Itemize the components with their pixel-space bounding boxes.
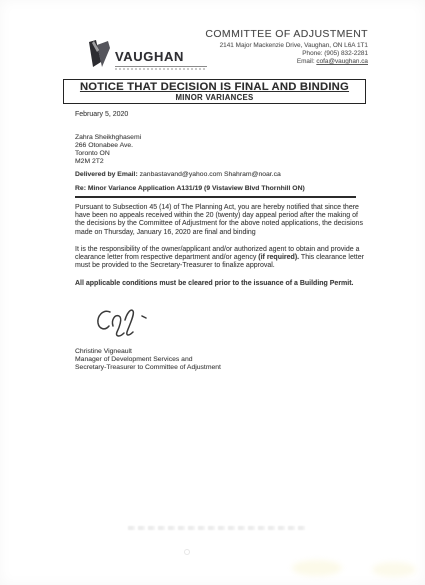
committee-name: COMMITTEE OF ADJUSTMENT [205, 28, 368, 40]
recipient-address-block: Zahra Sheikhghasemi 266 Otonabee Ave. To… [75, 134, 141, 166]
signer-title-2: Secretary-Treasurer to Committee of Adju… [75, 364, 221, 372]
scan-artifact-smudge [292, 560, 342, 576]
notice-subtitle: MINOR VARIANCES [64, 93, 365, 102]
scanned-letter-page: VAUGHAN COMMITTEE OF ADJUSTMENT 2141 Maj… [0, 0, 425, 585]
conditions-line: All applicable conditions must be cleare… [75, 280, 375, 287]
delivered-label: Delivered by Email: [75, 171, 138, 178]
recipient-city: Toronto ON [75, 150, 141, 158]
body-paragraph-1: Pursuant to Subsection 45 (14) of The Pl… [75, 204, 368, 237]
committee-phone: Phone: (905) 832-2281 [205, 50, 368, 58]
signer-title-1: Manager of Development Services and [75, 356, 221, 364]
divider-rule [75, 196, 356, 198]
recipient-postal: M2M 2T2 [75, 158, 141, 166]
body-paragraph-2: It is the responsibility of the owner/ap… [75, 246, 368, 271]
signer-name: Christine Vigneault [75, 348, 221, 356]
re-subject-line: Re: Minor Variance Application A131/19 (… [75, 185, 305, 192]
letter-date: February 5, 2020 [75, 111, 128, 118]
recipient-name: Zahra Sheikhghasemi [75, 134, 141, 142]
logo-underline [115, 66, 207, 67]
signer-block: Christine Vigneault Manager of Developme… [75, 348, 221, 372]
signature-mark-icon [90, 303, 168, 343]
committee-email-line: Email: cofa@vaughan.ca [205, 58, 368, 66]
scan-artifact-smudge [372, 562, 416, 577]
paragraph2-bold-text: (if required). [258, 254, 299, 261]
scan-artifact-dot [184, 549, 190, 555]
committee-address: 2141 Major Mackenzie Drive, Vaughan, ON … [205, 42, 368, 50]
delivered-by-email-line: Delivered by Email: zanbastavand@yahoo.c… [75, 171, 281, 178]
recipient-street: 266 Otonabee Ave. [75, 142, 141, 150]
scan-artifact-footer-line [128, 526, 306, 530]
vaughan-logo-icon [88, 40, 112, 70]
notice-box: NOTICE THAT DECISION IS FINAL AND BINDIN… [63, 79, 366, 104]
delivered-value: zanbastavand@yahoo.com Shahram@noar.ca [138, 171, 281, 178]
vaughan-logo: VAUGHAN [88, 40, 207, 70]
committee-contact-block: COMMITTEE OF ADJUSTMENT 2141 Major Macke… [205, 28, 368, 66]
email-label: Email: [297, 58, 317, 65]
notice-title: NOTICE THAT DECISION IS FINAL AND BINDIN… [64, 81, 365, 93]
logo-wordmark: VAUGHAN [115, 49, 207, 64]
committee-email-link: cofa@vaughan.ca [316, 58, 368, 65]
logo-tagline [115, 68, 207, 70]
